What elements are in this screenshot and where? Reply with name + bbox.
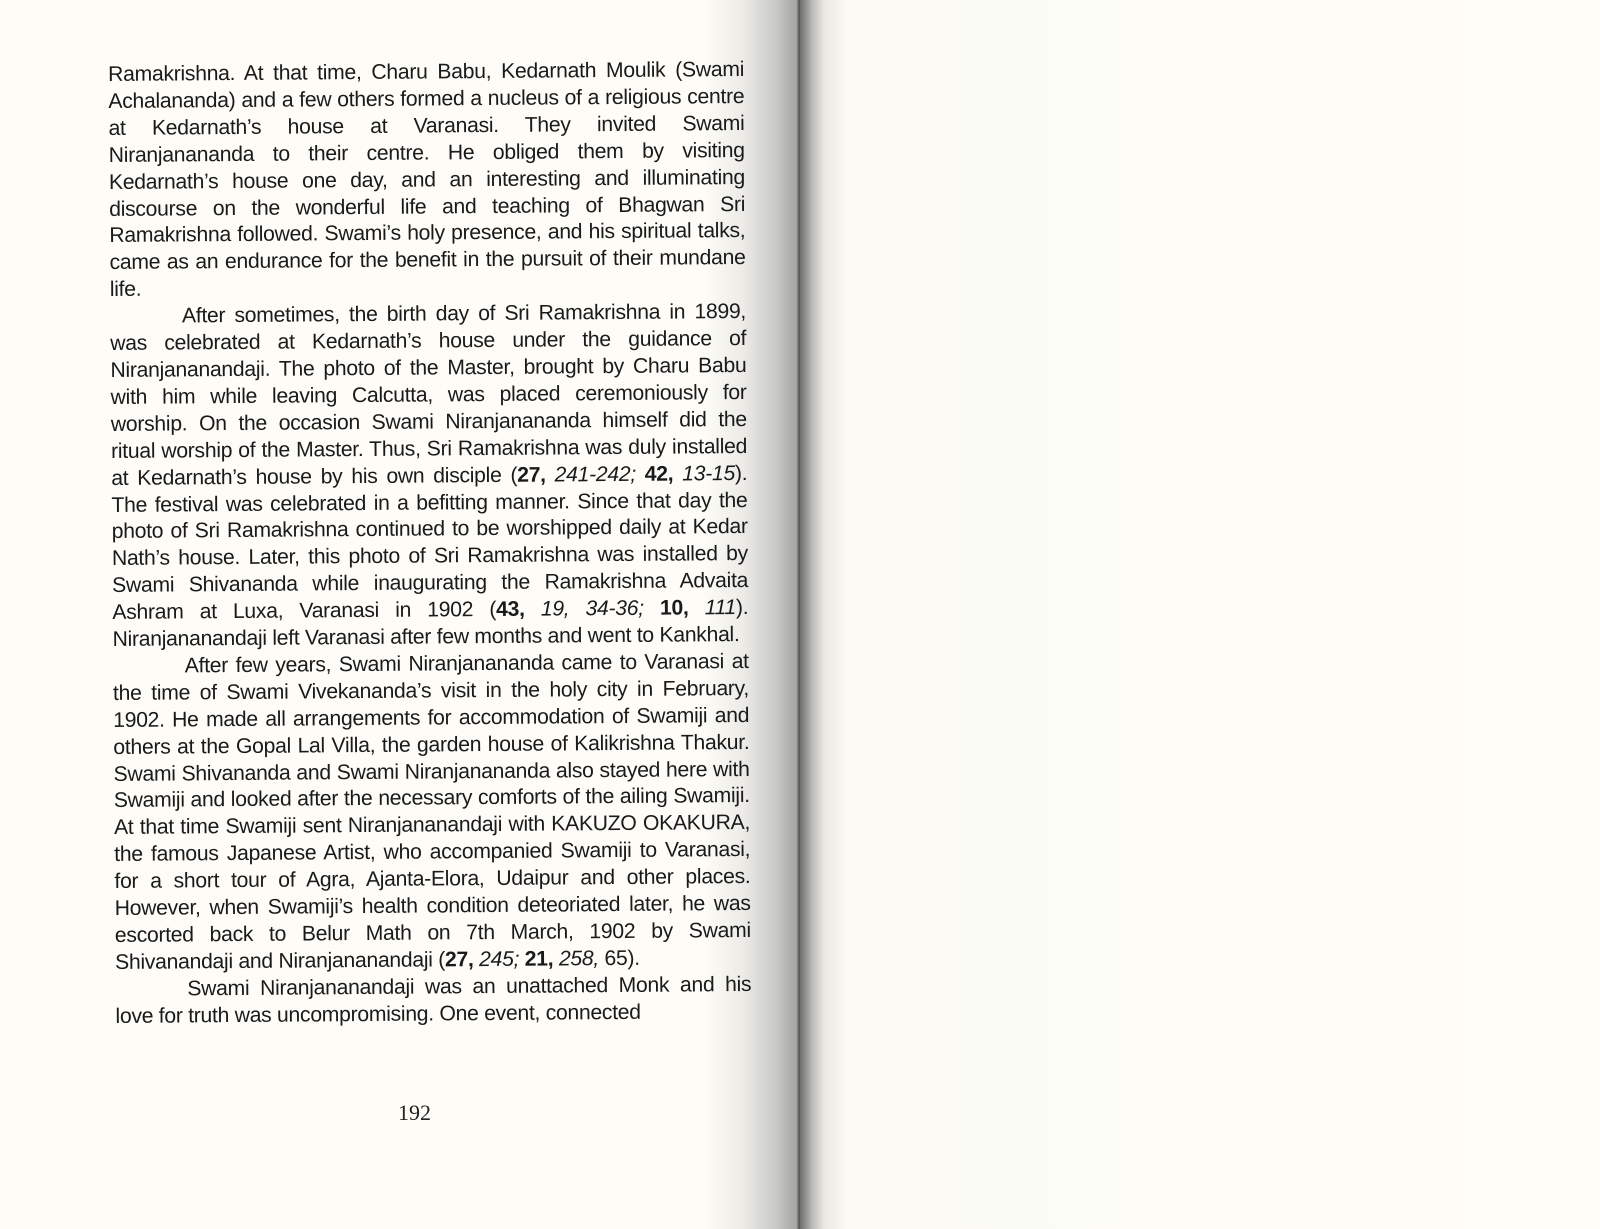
citation-pages: 13-15 — [682, 462, 735, 485]
citation-source: 27, — [517, 463, 555, 486]
left-page-body: Ramakrishna. At that time, Charu Babu, K… — [108, 57, 752, 1031]
paragraph: After few years, Swami Niranjanananda ca… — [113, 649, 752, 977]
page-number-left: 192 — [398, 1100, 431, 1126]
paragraph: Swami Niranjananandaji was an unattached… — [115, 972, 751, 1031]
body-text: 65). — [604, 947, 639, 970]
citation-pages: 111 — [705, 596, 736, 619]
body-text: Ramakrishna. At that time, Charu Babu, K… — [108, 58, 746, 301]
citation-source: 42, — [645, 462, 683, 485]
citation-source: 21, — [525, 947, 559, 970]
citation-source: 43, — [496, 598, 541, 621]
citation-pages: 19, 34-36; — [541, 597, 660, 621]
citation-source: 10, — [660, 596, 705, 619]
left-page: Ramakrishna. At that time, Charu Babu, K… — [0, 0, 800, 1229]
body-text: Swami Niranjananandaji was an unattached… — [115, 973, 751, 1028]
body-text: After sometimes, the birth day of Sri Ra… — [110, 300, 747, 489]
citation-pages: 245; — [479, 948, 525, 971]
paragraph: After sometimes, the birth day of Sri Ra… — [110, 299, 749, 654]
book-spread: Ramakrishna. At that time, Charu Babu, K… — [0, 0, 1600, 1229]
paragraph: Ramakrishna. At that time, Charu Babu, K… — [108, 57, 746, 304]
citation-source: 27, — [445, 948, 479, 971]
body-text: After few years, Swami Niranjanananda ca… — [113, 650, 751, 974]
right-page: with the Ramakrishna Mission Home of Ser… — [800, 0, 1600, 1229]
citation-pages: 258, — [559, 947, 605, 970]
citation-pages: 241-242; — [555, 462, 645, 486]
